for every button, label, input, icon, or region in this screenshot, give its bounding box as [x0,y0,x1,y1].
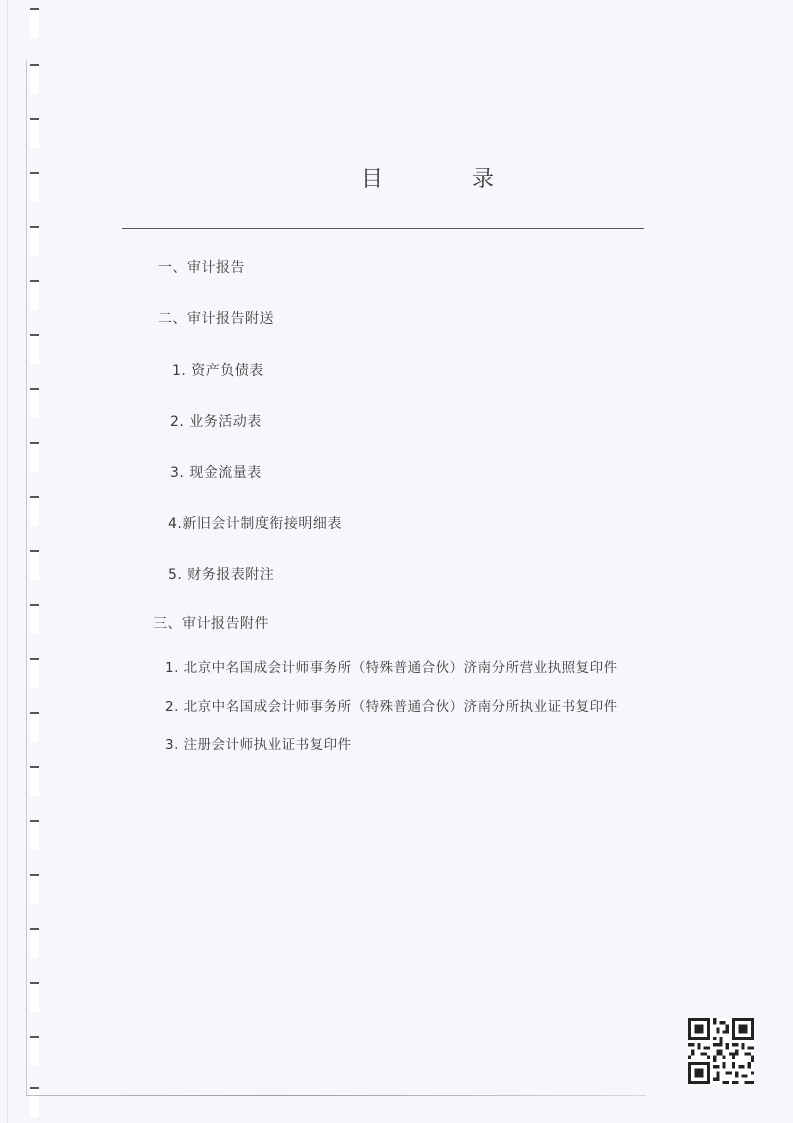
title-char: 录 [472,162,494,193]
binder-hole [30,442,39,472]
binder-hole [30,604,39,634]
binder-hole [30,226,39,256]
title-divider [122,228,644,229]
binder-hole [30,280,39,310]
binder-hole [30,1036,39,1066]
toc-item: 5. 财务报表附注 [168,564,274,584]
page-title: 目 录 [0,162,793,192]
toc-item: 1. 北京中名国成会计师事务所（特殊普通合伙）济南分所营业执照复印件 [165,656,618,676]
toc-item: 二、审计报告附送 [158,308,274,328]
binder-hole [30,712,39,742]
page-bottom-edge [26,1095,646,1096]
page-left-edge [26,60,27,1095]
binder-hole [30,550,39,580]
binder-hole [30,388,39,418]
binder-hole [30,334,39,364]
toc-item: 1. 资产负债表 [172,360,264,380]
toc-item: 2. 业务活动表 [170,411,262,431]
binder-hole [30,928,39,958]
binder-hole [30,658,39,688]
title-char: 目 [361,162,383,193]
binder-hole [30,820,39,850]
binder-hole [30,118,39,148]
toc-item: 3. 现金流量表 [170,462,262,482]
toc-item: 一、审计报告 [158,257,245,277]
qr-code-icon [688,1018,754,1084]
binder-hole [30,874,39,904]
binder-hole [30,982,39,1012]
toc-item: 4.新旧会计制度衔接明细表 [168,513,342,533]
toc-item: 2. 北京中名国成会计师事务所（特殊普通合伙）济南分所执业证书复印件 [165,695,618,715]
binder-hole [30,8,39,38]
binder-hole [30,766,39,796]
toc-item: 3. 注册会计师执业证书复印件 [165,733,352,753]
binder-hole [30,1087,39,1117]
binder-hole [30,64,39,94]
binder-hole [30,496,39,526]
toc-item: 三、审计报告附件 [153,613,269,633]
